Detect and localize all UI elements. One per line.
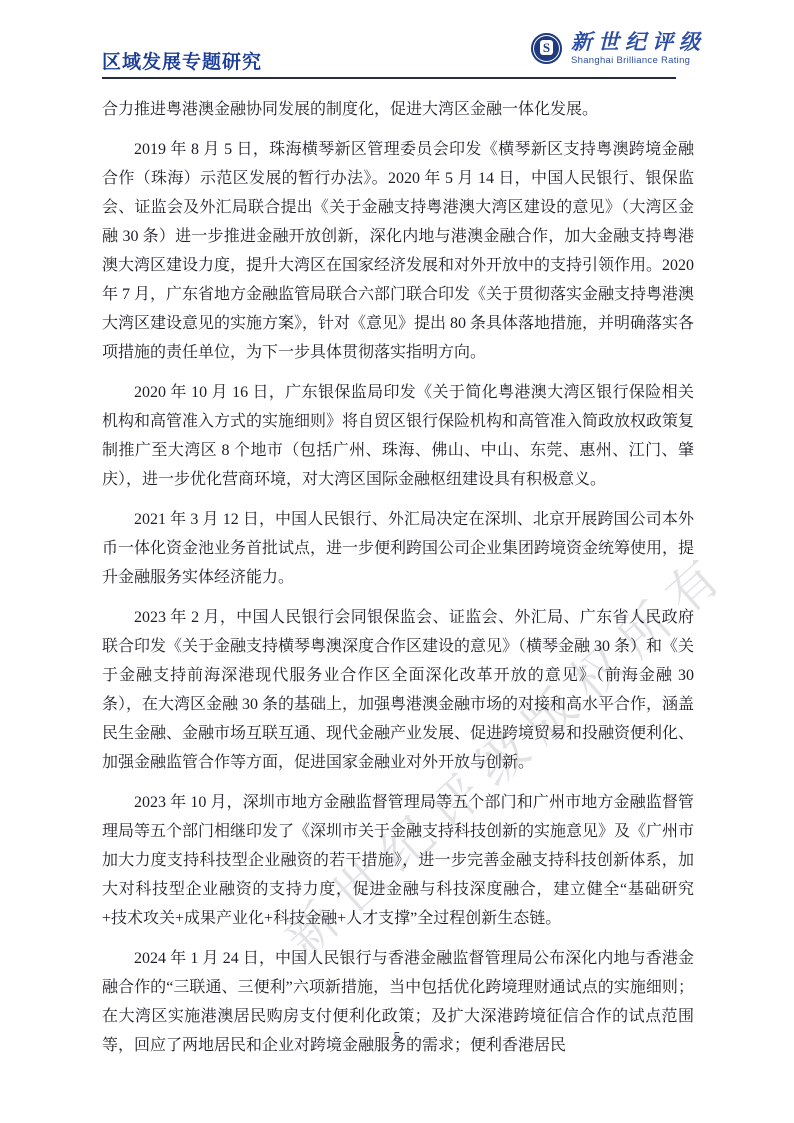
brand-name-cn: 新世纪评级 bbox=[571, 31, 706, 53]
body-paragraph-2021-pilot: 2021 年 3 月 12 日，中国人民银行、外汇局决定在深圳、北京开展跨国公司… bbox=[102, 505, 694, 592]
brand-name-en: Shanghai Brilliance Rating bbox=[571, 55, 706, 66]
brand-seal-letter: S bbox=[540, 40, 553, 55]
brand-seal-icon: S bbox=[531, 33, 562, 64]
page-number: 5 bbox=[394, 1030, 401, 1045]
brand-text-block: 新世纪评级 Shanghai Brilliance Rating bbox=[571, 31, 706, 66]
document-page: 区域发展专题研究 S 新世纪评级 Shanghai Brilliance Rat… bbox=[0, 0, 794, 1123]
body-paragraph-continuation: 合力推进粤港澳金融协同发展的制度化，促进大湾区金融一体化发展。 bbox=[102, 95, 694, 124]
body-paragraph-2019-policy: 2019 年 8 月 5 日，珠海横琴新区管理委员会印发《横琴新区支持粤澳跨境金… bbox=[102, 135, 694, 367]
body-paragraph-2023-oct: 2023 年 10 月，深圳市地方金融监督管理局等五个部门和广州市地方金融监督管… bbox=[102, 788, 694, 933]
brand-logo: S 新世纪评级 Shanghai Brilliance Rating bbox=[531, 31, 706, 66]
header-divider bbox=[102, 77, 676, 79]
page-footer: 5 bbox=[0, 1028, 794, 1046]
document-body: 合力推进粤港澳金融协同发展的制度化，促进大湾区金融一体化发展。 2019 年 8… bbox=[102, 95, 694, 1060]
section-title: 区域发展专题研究 bbox=[102, 47, 262, 74]
body-paragraph-2023-feb: 2023 年 2 月，中国人民银行会同银保监会、证监会、外汇局、广东省人民政府联… bbox=[102, 603, 694, 777]
body-paragraph-2020-cbirc: 2020 年 10 月 16 日，广东银保监局印发《关于简化粤港澳大湾区银行保险… bbox=[102, 378, 694, 494]
